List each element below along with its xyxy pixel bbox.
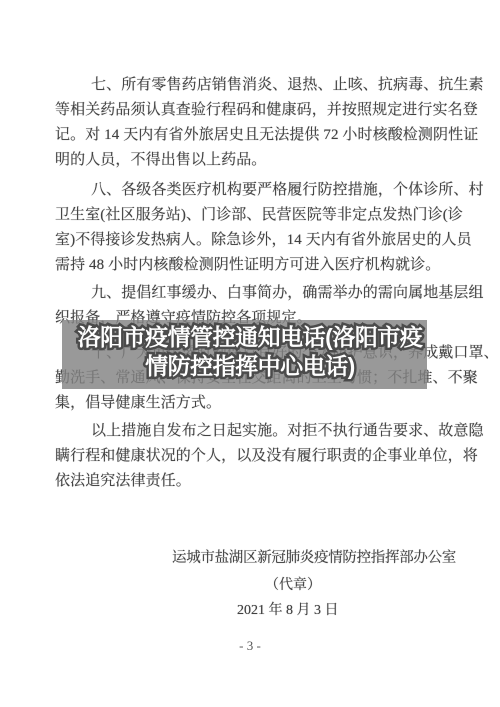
body-line: 室)不得接诊发热病人。除急诊外，14 天内有省外旅居史的人员 <box>55 228 465 253</box>
body-line: 等相关药品须认真查验行程码和健康码，并按照规定进行实名登 <box>55 98 465 123</box>
signature-seal-note: （代章） <box>265 573 321 598</box>
body-line: 记。对 14 天内有省外旅居史且无法提供 72 小时核酸检测阴性证 <box>55 123 465 148</box>
body-line: 瞒行程和健康状况的个人，以及没有履行职责的企事业单位，将 <box>55 444 465 469</box>
body-line: 依法追究法律责任。 <box>55 469 465 494</box>
notice-item-7: 七、所有零售药店销售消炎、退热、止咳、抗病毒、抗生素 等相关药品须认真查验行程码… <box>55 73 465 173</box>
notice-body: 七、所有零售药店销售消炎、退热、止咳、抗病毒、抗生素 等相关药品须认真查验行程码… <box>55 73 465 494</box>
title-fill: 洛阳市疫情管控通知电话(洛阳市疫 <box>78 324 423 350</box>
page-number: - 3 - <box>0 638 500 654</box>
body-line: 七、所有零售药店销售消炎、退热、止咳、抗病毒、抗生素 <box>55 73 465 98</box>
body-line: 明的人员，不得出售以上药品。 <box>55 148 465 173</box>
signature-organization: 运城市盐湖区新冠肺炎疫情防控指挥部办公室 <box>172 546 456 571</box>
body-line: 以上措施自发布之日起实施。对拒不执行通告要求、故意隐 <box>55 419 465 444</box>
title-fill: 情防控指挥中心电话) <box>145 353 355 379</box>
body-line: 集，倡导健康生活方式。 <box>55 391 465 416</box>
document-page: 七、所有零售药店销售消炎、退热、止咳、抗病毒、抗生素 等相关药品须认真查验行程码… <box>0 0 500 707</box>
body-line: 卫生室(社区服务站)、门诊部、民营医院等非定点发热门诊(诊 <box>55 203 465 228</box>
overlay-title: 洛阳市疫情管控通知电话(洛阳市疫洛阳市疫情管控通知电话(洛阳市疫 情防控指挥中心… <box>0 323 500 381</box>
body-line: 需持 48 小时内核酸检测阴性证明方可进入医疗机构就诊。 <box>55 253 465 278</box>
signature-date: 2021 年 8 月 3 日 <box>237 598 339 623</box>
notice-closing: 以上措施自发布之日起实施。对拒不执行通告要求、故意隐 瞒行程和健康状况的个人，以… <box>55 419 465 494</box>
overlay-title-line-1: 洛阳市疫情管控通知电话(洛阳市疫洛阳市疫情管控通知电话(洛阳市疫 <box>0 323 500 352</box>
body-line: 九、提倡红事缓办、白事简办，确需举办的需向属地基层组 <box>55 281 465 306</box>
body-line: 八、各级各类医疗机构要严格履行防控措施，个体诊所、村 <box>55 178 465 203</box>
overlay-title-line-2: 情防控指挥中心电话)情防控指挥中心电话) <box>0 352 500 381</box>
notice-item-8: 八、各级各类医疗机构要严格履行防控措施，个体诊所、村 卫生室(社区服务站)、门诊… <box>55 178 465 278</box>
